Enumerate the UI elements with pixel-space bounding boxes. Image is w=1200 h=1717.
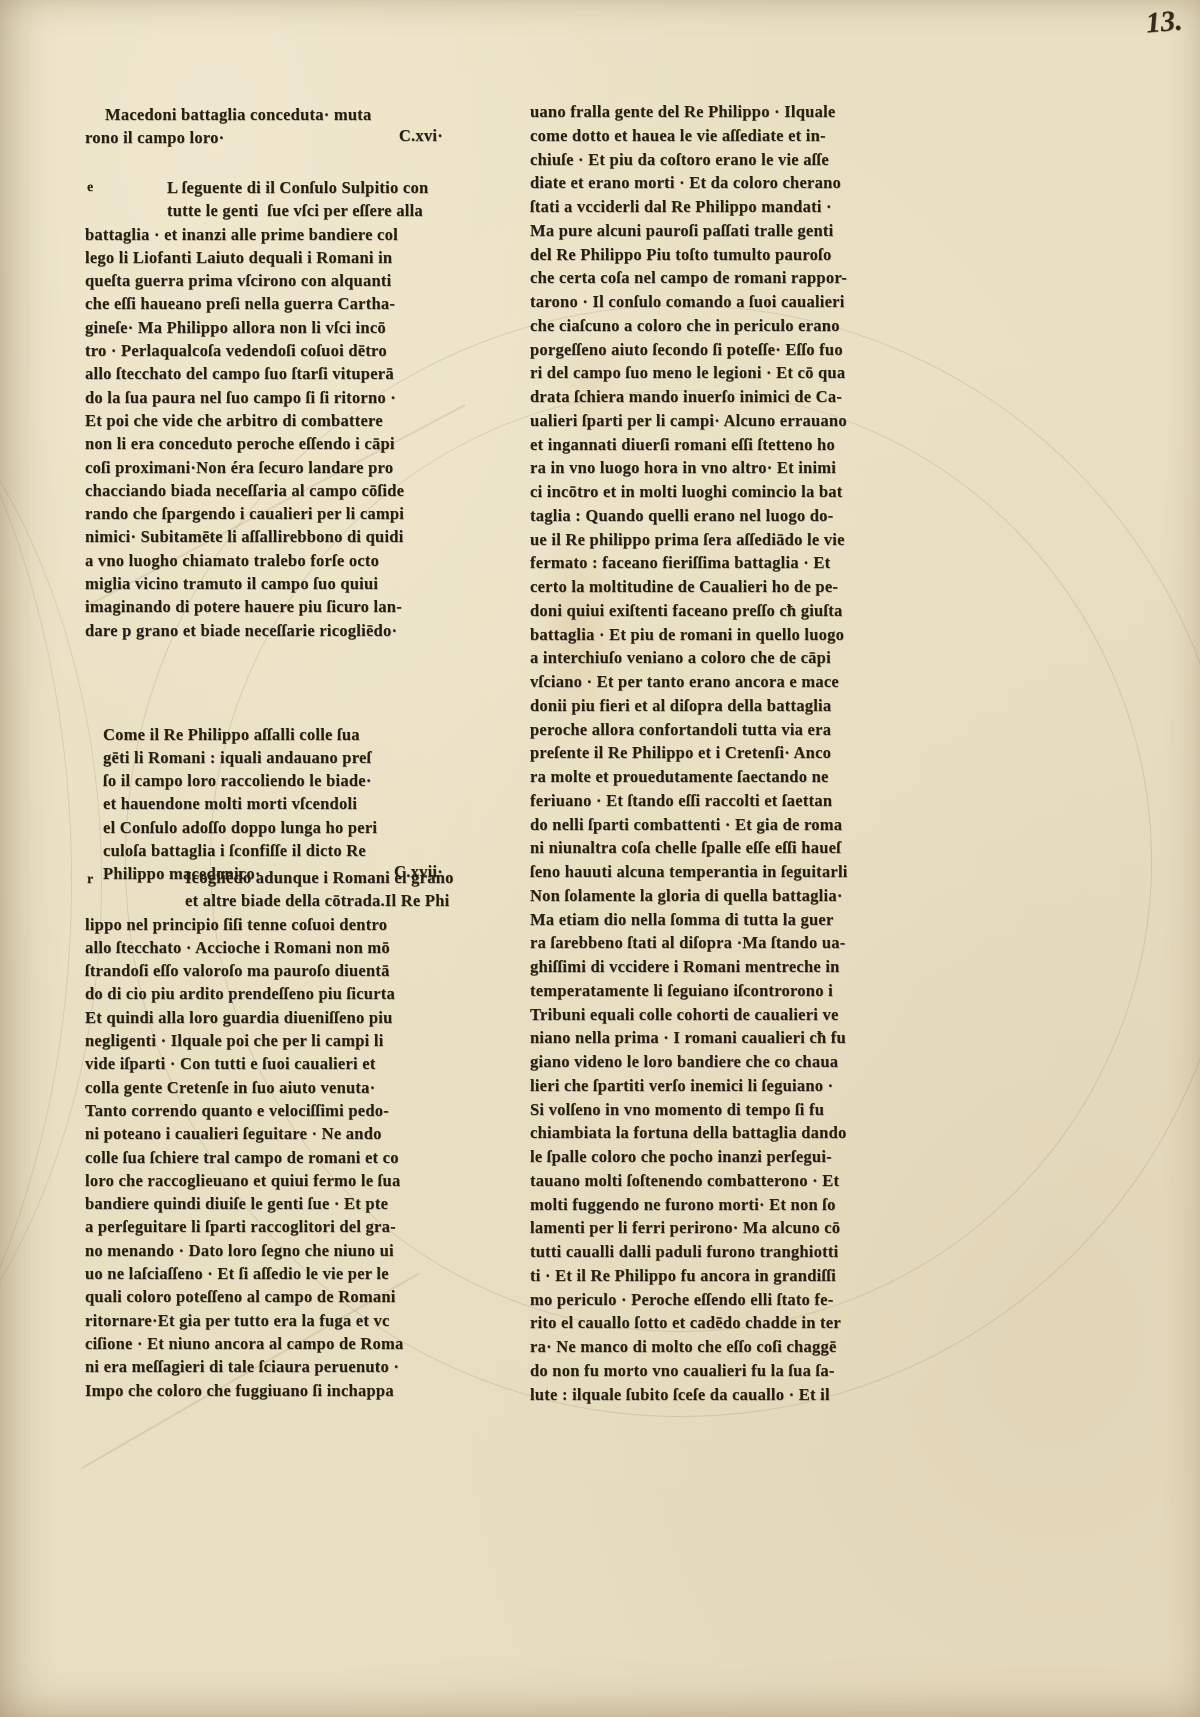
paragraph-chapter-xvi: L ſeguente di il Conſulo Sulpitio con tu… [85,176,445,642]
chapter-heading-xvi-text: Macedoni battaglia conceduta· muta rono … [85,103,445,150]
right-column-text: uano fralla gente del Re Philippo · Ilqu… [530,100,902,1406]
initial-letter-space [85,866,185,910]
text-column-right: uano fralla gente del Re Philippo · Ilqu… [530,100,902,1406]
heading-indent [85,103,105,126]
paragraph-chapter-xvii: Icogliēdo adunque i Romani el grano et a… [85,866,445,1402]
paper-curl-line [0,180,72,1582]
initial-letter-space [85,176,167,220]
paragraph-xvi-text: L ſeguente di il Conſulo Sulpitio con tu… [85,176,445,642]
chapter-heading-xvi: Macedoni battaglia conceduta· muta rono … [85,103,445,150]
incunabulum-page-scan: 13. Macedoni battaglia conceduta· muta r… [0,0,1200,1717]
chapter-number-xvi: C.xvi· [399,124,443,147]
folio-number: 13. [1145,4,1184,40]
chapter-heading-xvii: Come il Re Philippo aſſalli colle ſua gē… [103,723,445,886]
paragraph-xvii-text: Icogliēdo adunque i Romani el grano et a… [85,866,445,1402]
